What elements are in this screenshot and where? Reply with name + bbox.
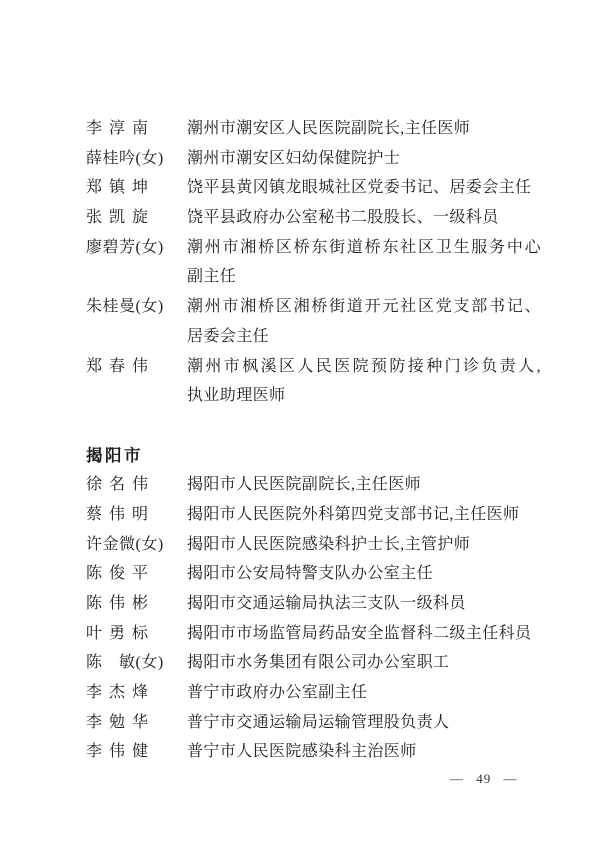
person-role: 普宁市交通运输局运输管理股负责人 [187,708,541,738]
person-role-line: 饶平县政府办公室秘书二股股长、一级科员 [187,203,541,233]
list-item: 廖碧芳(女)潮州市湘桥区桥东街道桥东社区卫生服务中心副主任 [86,233,541,292]
list-item: 陈伟彬揭阳市交通运输局执法三支队一级科员 [86,589,541,619]
person-name: 徐名伟 [86,470,187,500]
person-role-line: 饶平县黄冈镇龙眼城社区党委书记、居委会主任 [187,173,541,203]
list-item: 李淳南潮州市潮安区人民医院副院长,主任医师 [86,114,541,144]
list-item: 叶勇标揭阳市市场监管局药品安全监督科二级主任科员 [86,619,541,649]
person-role: 揭阳市人民医院外科第四党支部书记,主任医师 [187,500,541,530]
person-role: 普宁市政府办公室副主任 [187,678,541,708]
person-role-line: 潮州市枫溪区人民医院预防接种门诊负责人, [187,352,541,382]
person-role-line: 执业助理医师 [187,381,541,411]
person-name: 许金微(女) [86,530,187,560]
list-item: 李伟健普宁市人民医院感染科主治医师 [86,737,541,767]
list-item: 李勉华普宁市交通运输局运输管理股负责人 [86,708,541,738]
person-name: 朱桂曼(女) [86,292,187,322]
person-name: 李杰烽 [86,678,187,708]
person-role-line: 揭阳市人民医院外科第四党支部书记,主任医师 [187,500,541,530]
list-item: 李杰烽普宁市政府办公室副主任 [86,678,541,708]
person-role: 饶平县政府办公室秘书二股股长、一级科员 [187,203,541,233]
list-item: 朱桂曼(女)潮州市湘桥区湘桥街道开元社区党支部书记、居委会主任 [86,292,541,351]
person-name: 李伟健 [86,737,187,767]
person-role-line: 揭阳市人民医院感染科护士长,主管护师 [187,530,541,560]
person-role: 揭阳市人民医院副院长,主任医师 [187,470,541,500]
commendation-name-list: 李淳南潮州市潮安区人民医院副院长,主任医师薛桂吟(女)潮州市潮安区妇幼保健院护士… [86,114,541,767]
person-role-line: 潮州市潮安区人民医院副院长,主任医师 [187,114,541,144]
list-item: 张凯旋饶平县政府办公室秘书二股股长、一级科员 [86,203,541,233]
person-role: 揭阳市市场监管局药品安全监督科二级主任科员 [187,619,541,649]
person-role: 揭阳市交通运输局执法三支队一级科员 [187,589,541,619]
list-item: 郑春伟潮州市枫溪区人民医院预防接种门诊负责人,执业助理医师 [86,352,541,411]
person-name: 张凯旋 [86,203,187,233]
person-name: 薛桂吟(女) [86,144,187,174]
person-role: 潮州市湘桥区湘桥街道开元社区党支部书记、居委会主任 [187,292,541,351]
person-name: 叶勇标 [86,619,187,649]
list-item: 郑镇坤饶平县黄冈镇龙眼城社区党委书记、居委会主任 [86,173,541,203]
person-role-line: 揭阳市交通运输局执法三支队一级科员 [187,589,541,619]
list-item: 许金微(女)揭阳市人民医院感染科护士长,主管护师 [86,530,541,560]
person-role: 潮州市枫溪区人民医院预防接种门诊负责人,执业助理医师 [187,352,541,411]
person-role-line: 揭阳市市场监管局药品安全监督科二级主任科员 [187,619,541,649]
person-role-line: 潮州市湘桥区桥东街道桥东社区卫生服务中心 [187,233,541,263]
person-name: 陈 敏(女) [86,648,187,678]
list-item: 徐名伟揭阳市人民医院副院长,主任医师 [86,470,541,500]
person-role-line: 揭阳市人民医院副院长,主任医师 [187,470,541,500]
document-page: 李淳南潮州市潮安区人民医院副院长,主任医师薛桂吟(女)潮州市潮安区妇幼保健院护士… [0,0,612,859]
city-section: 李淳南潮州市潮安区人民医院副院长,主任医师薛桂吟(女)潮州市潮安区妇幼保健院护士… [86,114,541,411]
person-role: 潮州市潮安区妇幼保健院护士 [187,144,541,174]
list-item: 薛桂吟(女)潮州市潮安区妇幼保健院护士 [86,144,541,174]
person-name: 李淳南 [86,114,187,144]
city-section: 揭阳市徐名伟揭阳市人民医院副院长,主任医师蔡伟明揭阳市人民医院外科第四党支部书记… [86,441,541,768]
list-item: 蔡伟明揭阳市人民医院外科第四党支部书记,主任医师 [86,500,541,530]
person-role: 揭阳市公安局特警支队办公室主任 [187,559,541,589]
person-name: 李勉华 [86,708,187,738]
section-header: 揭阳市 [86,441,541,471]
person-role: 饶平县黄冈镇龙眼城社区党委书记、居委会主任 [187,173,541,203]
person-name: 郑镇坤 [86,173,187,203]
person-role: 普宁市人民医院感染科主治医师 [187,737,541,767]
person-role-line: 揭阳市公安局特警支队办公室主任 [187,559,541,589]
person-role-line: 普宁市人民医院感染科主治医师 [187,737,541,767]
person-role-line: 揭阳市水务集团有限公司办公室职工 [187,648,541,678]
person-role: 揭阳市人民医院感染科护士长,主管护师 [187,530,541,560]
page-number: — 49 — [450,769,518,789]
person-role: 揭阳市水务集团有限公司办公室职工 [187,648,541,678]
list-item: 陈俊平揭阳市公安局特警支队办公室主任 [86,559,541,589]
person-name: 廖碧芳(女) [86,233,187,263]
person-name: 陈伟彬 [86,589,187,619]
person-role-line: 居委会主任 [187,322,541,352]
person-name: 陈俊平 [86,559,187,589]
person-name: 蔡伟明 [86,500,187,530]
person-role-line: 潮州市潮安区妇幼保健院护士 [187,144,541,174]
person-role-line: 普宁市交通运输局运输管理股负责人 [187,708,541,738]
person-role: 潮州市湘桥区桥东街道桥东社区卫生服务中心副主任 [187,233,541,292]
person-role-line: 普宁市政府办公室副主任 [187,678,541,708]
person-role-line: 副主任 [187,262,541,292]
person-role: 潮州市潮安区人民医院副院长,主任医师 [187,114,541,144]
person-role-line: 潮州市湘桥区湘桥街道开元社区党支部书记、 [187,292,541,322]
person-name: 郑春伟 [86,352,187,382]
list-item: 陈 敏(女)揭阳市水务集团有限公司办公室职工 [86,648,541,678]
